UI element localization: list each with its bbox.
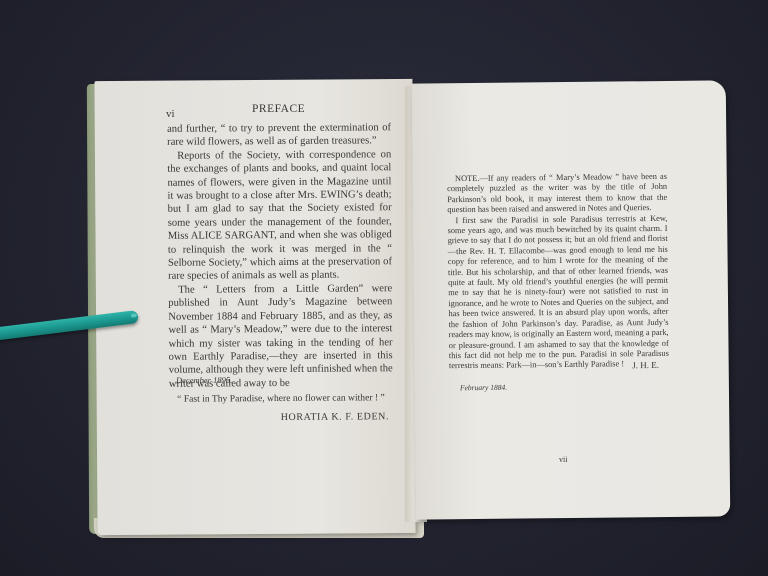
paragraph: NOTE.—If any readers of “ Mary’s Meadow … xyxy=(447,172,667,216)
right-page-folio: vii xyxy=(559,455,567,464)
left-page-date: December 1895. xyxy=(176,375,232,385)
paragraph: Reports of the Society, with corresponde… xyxy=(167,148,392,284)
paragraph: I first saw the Paradisi in sole Paradis… xyxy=(447,213,669,371)
author-signature: HORATIA K. F. EDEN. xyxy=(169,410,393,425)
epigraph-quote: “ Fast in Thy Paradise, where no flower … xyxy=(169,391,393,406)
right-page-date: February 1884. xyxy=(460,383,507,392)
right-page-text: NOTE.—If any readers of “ Mary’s Meadow … xyxy=(447,172,669,372)
pencil-tip xyxy=(131,313,137,318)
paragraph: and further, “ to try to prevent the ext… xyxy=(167,121,391,149)
